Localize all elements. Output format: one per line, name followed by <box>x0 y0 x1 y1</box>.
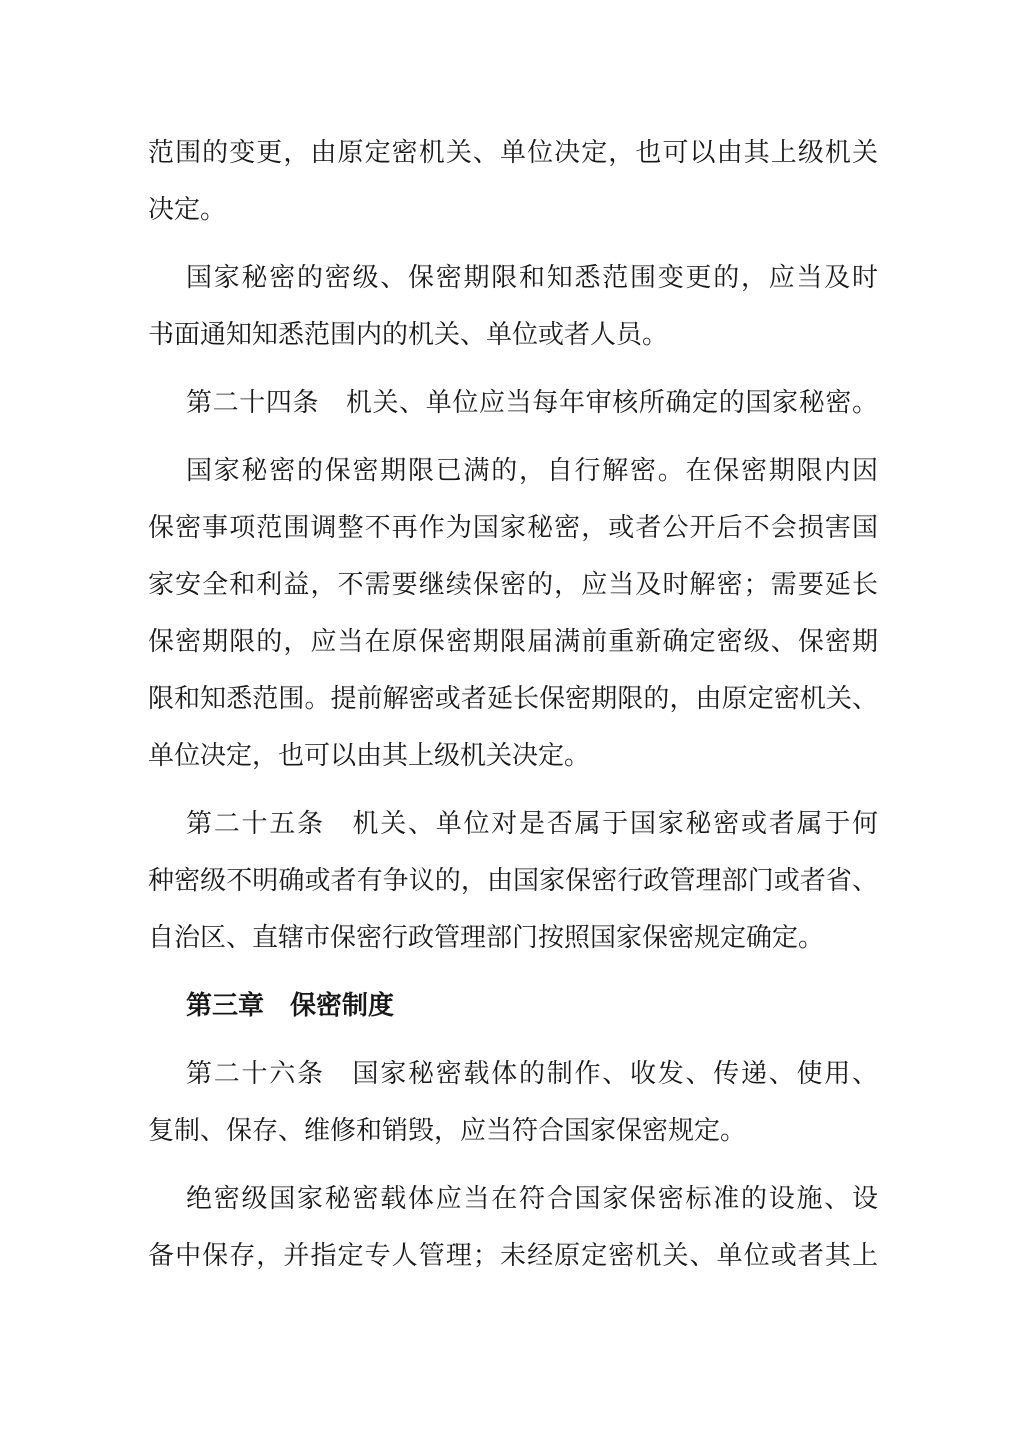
text-line: 书面通知知悉范围内的机关、单位或者人员。 <box>148 306 878 363</box>
chapter-heading-text: 第三章 保密制度 <box>148 977 878 1034</box>
text-line: 绝密级国家秘密载体应当在符合国家保密标准的设施、设 <box>148 1170 878 1227</box>
paragraph-article-25: 第二十五条 机关、单位对是否属于国家秘密或者属于何种密级不明确或者有争议的，由国… <box>148 795 878 966</box>
text-line: 复制、保存、维修和销毁，应当符合国家保密规定。 <box>148 1102 878 1159</box>
paragraph-continuation: 范围的变更，由原定密机关、单位决定，也可以由其上级机关决定。 <box>148 124 878 238</box>
paragraph-change-notification: 国家秘密的密级、保密期限和知悉范围变更的，应当及时书面通知知悉范围内的机关、单位… <box>148 249 878 363</box>
text-line: 种密级不明确或者有争议的，由国家保密行政管理部门或者省、 <box>148 852 878 909</box>
text-line: 限和知悉范围。提前解密或者延长保密期限的，由原定密机关、 <box>148 670 878 727</box>
paragraph-article-24-declassification: 国家秘密的保密期限已满的，自行解密。在保密期限内因保密事项范围调整不再作为国家秘… <box>148 442 878 784</box>
text-line: 家安全和利益，不需要继续保密的，应当及时解密；需要延长 <box>148 556 878 613</box>
text-line: 第二十六条 国家秘密载体的制作、收发、传递、使用、 <box>148 1045 878 1102</box>
text-line: 备中保存，并指定专人管理；未经原定密机关、单位或者其上 <box>148 1227 878 1284</box>
text-line: 保密期限的，应当在原保密期限届满前重新确定密级、保密期 <box>148 613 878 670</box>
text-line: 第二十五条 机关、单位对是否属于国家秘密或者属于何 <box>148 795 878 852</box>
text-line: 国家秘密的保密期限已满的，自行解密。在保密期限内因 <box>148 442 878 499</box>
text-line: 单位决定，也可以由其上级机关决定。 <box>148 727 878 784</box>
paragraph-article-26-top-secret-carriers: 绝密级国家秘密载体应当在符合国家保密标准的设施、设备中保存，并指定专人管理；未经… <box>148 1170 878 1284</box>
text-line: 第二十四条 机关、单位应当每年审核所确定的国家秘密。 <box>148 374 878 431</box>
chapter-3-heading: 第三章 保密制度 <box>148 977 878 1034</box>
text-line: 范围的变更，由原定密机关、单位决定，也可以由其上级机关 <box>148 124 878 181</box>
paragraph-article-26: 第二十六条 国家秘密载体的制作、收发、传递、使用、复制、保存、维修和销毁，应当符… <box>148 1045 878 1159</box>
document-body: 范围的变更，由原定密机关、单位决定，也可以由其上级机关决定。国家秘密的密级、保密… <box>148 124 878 1295</box>
text-line: 决定。 <box>148 181 878 238</box>
text-line: 自治区、直辖市保密行政管理部门按照国家保密规定确定。 <box>148 909 878 966</box>
text-line: 保密事项范围调整不再作为国家秘密，或者公开后不会损害国 <box>148 499 878 556</box>
text-line: 国家秘密的密级、保密期限和知悉范围变更的，应当及时 <box>148 249 878 306</box>
paragraph-article-24: 第二十四条 机关、单位应当每年审核所确定的国家秘密。 <box>148 374 878 431</box>
document-page: 范围的变更，由原定密机关、单位决定，也可以由其上级机关决定。国家秘密的密级、保密… <box>0 0 1024 1448</box>
